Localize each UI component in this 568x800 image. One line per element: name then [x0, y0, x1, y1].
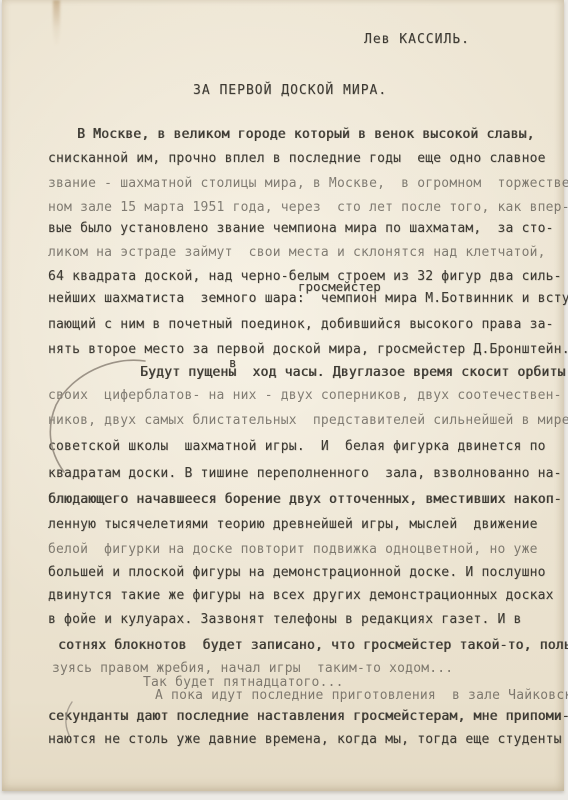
typewritten-line: зуясь правом жребия, начал игры таким-то…: [52, 662, 453, 676]
typewritten-line: блюдающего начавшееся борение двух отточ…: [48, 493, 562, 507]
typewritten-line: вые было установлено звание чемпиона мир…: [48, 222, 554, 236]
typewritten-line: двинутся такие же фигуры на всех других …: [48, 589, 554, 603]
interline-insert: гросмейстер: [298, 279, 381, 294]
typewritten-line: ников, двух самых блистательных представ…: [48, 414, 568, 428]
typewritten-line: снисканной им, прочно вплел в последние …: [48, 152, 546, 166]
typewritten-line: белой фигурки на доске повторит подвижка…: [48, 543, 538, 557]
typewritten-line: большей и плоской фигуры на демонстрацио…: [48, 566, 546, 580]
typewritten-line: ном зале 15 марта 1951 года, через сто л…: [48, 201, 568, 215]
author-byline: Лев КАССИЛЬ.: [364, 33, 470, 47]
typewritten-line: секунданты дают последние наставления гр…: [48, 710, 568, 724]
typewritten-line: Будут пущены ход часы. Двуглазое время с…: [140, 366, 565, 380]
scanned-typescript-page: { "document": { "author": "Лев КАССИЛЬ."…: [0, 0, 568, 800]
typewritten-line: В Москве, в великом городе который в вен…: [77, 128, 535, 142]
paper-stain: [53, 0, 60, 47]
typewritten-line: нять второе место за первой доской мира,…: [48, 343, 568, 357]
typewritten-line: нейших шахматиста земного шара: чемпион …: [48, 292, 568, 306]
interline-insert: в: [229, 355, 237, 370]
typewritten-line: ликом на эстраде займут свои места и скл…: [48, 246, 546, 260]
typewritten-line: своих циферблатов- на них - двух соперни…: [48, 389, 562, 403]
typewritten-line: в фойе и кулуарах. Зазвонят телефоны в р…: [48, 613, 522, 627]
document-title: ЗА ПЕРВОЙ ДОСКОЙ МИРА.: [193, 84, 387, 98]
typewritten-line: наются не столь уже давние времена, когд…: [48, 733, 562, 747]
typewritten-line: советской школы шахматной игры. И белая …: [48, 440, 546, 454]
typewritten-line: звание - шахматной столицы мира, в Москв…: [48, 177, 568, 191]
typewritten-line: ленную тысячелетиями теорию древнейшей и…: [48, 518, 538, 532]
typewritten-line: пающий с ним в почетный поединок, добивш…: [48, 318, 554, 332]
typewritten-line: сотнях блокнотов будет записано, что гро…: [58, 639, 568, 653]
corner-shadow: [557, 0, 568, 7]
typewritten-line: квадратам доски. В тишине переполненного…: [48, 467, 562, 481]
typewritten-line: А пока идут последние приготовления в за…: [155, 689, 568, 703]
